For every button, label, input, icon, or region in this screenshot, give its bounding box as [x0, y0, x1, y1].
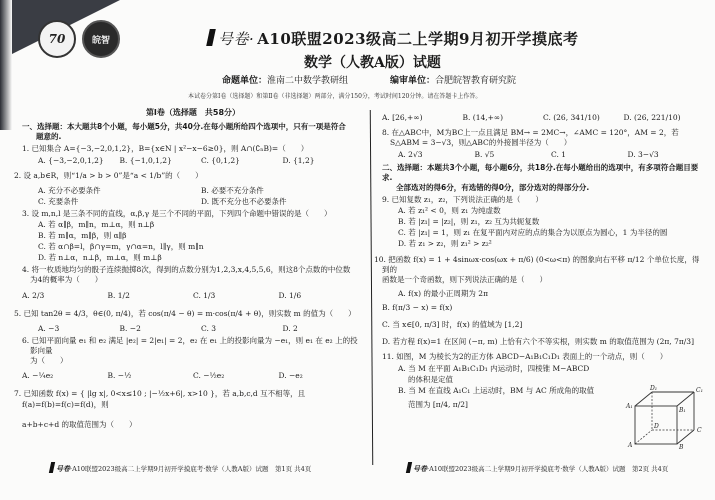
- question-5: 5. 已知 tan2θ = 4/3，θ∈(0, π/4)，若 cos(π/4 −…: [22, 306, 364, 322]
- option: B. 必要不充分条件: [201, 186, 364, 196]
- vertex-label: B: [678, 444, 684, 450]
- option: A. {−3,−2,0,1,2}: [38, 156, 120, 166]
- question-4-options: A. 2/3 B. 1/2 C. 1/3 D. 1/6: [22, 288, 364, 304]
- exam-notice: 本试卷分第Ⅰ卷（选择题）和第Ⅱ卷（非选择题）两部分，满分150分，考试时间120…: [188, 91, 481, 100]
- option: C. −½e₂: [193, 371, 279, 381]
- option: A. 当 M 在平面 A₁B₁C₁D₁ 内运动时，四棱锥 M−ABCD: [382, 364, 607, 374]
- vertex-label: D₁: [649, 385, 657, 392]
- reviewer: 合肥皖智教育研究院: [435, 76, 516, 86]
- reviewer-label: 编审单位：: [390, 76, 435, 86]
- option: D. (26, 221/10): [624, 113, 705, 123]
- right-column: A. [26,+∞) B. (14,+∞) C. (26, 341/10) D.…: [382, 108, 704, 414]
- option: D. 若 z₁ > z₂，则 z₁² > z₂²: [382, 239, 704, 249]
- vertex-label: B₁: [678, 407, 686, 414]
- option: B. 当 M 在直线 A₁C₁ 上运动时，BM 与 AC 所成角的取值: [382, 386, 607, 396]
- question-1-options: A. {−3,−2,0,1,2} B. {−1,0,1,2} C. {0,1,2…: [22, 156, 364, 166]
- part2-heading: 二、选择题：本题共3个小题，每小题6分，共18分.在每小题给出的选项中，有多项符…: [382, 163, 704, 193]
- vertex-label: A: [627, 442, 633, 449]
- brand-mark-icon: [406, 462, 412, 473]
- option: A. 若 z₁² < 0，则 z₁ 为纯虚数: [382, 206, 704, 216]
- option: C. 3: [201, 324, 283, 334]
- option: D. 若 n⊥α，n⊥β，m⊥α，则 m⊥β: [22, 253, 364, 263]
- option: D. 若方程 f(x)=1 在区间 (−π, m) 上恰有六个不等实根，则实数 …: [382, 334, 704, 350]
- option: D. {1,2}: [283, 156, 365, 166]
- question-3: 3. 设 m,n,l 是三条不同的直线，α,β,γ 是三个不同的平面，下列四个命…: [22, 209, 364, 219]
- option: C. 1: [551, 150, 628, 160]
- option: A. 2/3: [22, 291, 108, 301]
- option: B. −½: [108, 371, 194, 381]
- option: A. [26,+∞): [382, 113, 463, 123]
- option: A. 2√3: [398, 150, 475, 160]
- section-title: 第Ⅰ卷（选择题 共58分）: [22, 108, 364, 119]
- option: B. 1/2: [108, 291, 194, 301]
- vertex-label: A₁: [625, 403, 633, 410]
- cube-diagram: D₁ C₁ A₁ B₁ D C A B: [620, 384, 710, 450]
- question-6: 6. 已知平面向量 e₁ 和 e₂ 满足 |e₂| = 2|e₁| = 2，e₂…: [22, 336, 364, 366]
- proposer-label: 命题单位：: [222, 76, 267, 86]
- option: C. 若 α∩β=l，β∩γ=m，γ∩α=n，l∥γ，则 m∥n: [22, 242, 364, 252]
- question-2-options: A. 充分不必要条件 B. 必要不充分条件 C. 充要条件 D. 既不充分也不必…: [22, 186, 364, 206]
- option: A. 充分不必要条件: [38, 186, 201, 196]
- option: B. {−1,0,1,2}: [120, 156, 202, 166]
- option: A. −¼e₂: [22, 371, 108, 381]
- exam-page: 70 皖智 号卷·A10联盟2023级高二上学期9月初开学摸底考 数学（人教A版…: [0, 0, 715, 500]
- footer-page-1: 号卷·A10联盟2023级高二上学期9月初开学摸底考·数学（人教A版）试题 第1…: [50, 462, 311, 474]
- scan-edge-shadow: [0, 0, 12, 130]
- footer-page-2: 号卷·A10联盟2023级高二上学期9月初开学摸底考·数学（人教A版）试题 第2…: [407, 462, 668, 474]
- option: D. −e₂: [279, 371, 365, 381]
- vertex-label: C₁: [696, 387, 703, 394]
- exam-subtitle: 数学（人教A版）试题: [304, 52, 441, 72]
- option: C. (26, 341/10): [543, 113, 624, 123]
- title-text: A10联盟2023级高二上学期9月初开学摸底考: [257, 30, 578, 48]
- option: D. 2: [283, 324, 365, 334]
- option: A. −3: [38, 324, 120, 334]
- question-7: 7. 已知函数 f(x) = { |lg x|, 0<x≤10 ; |−½x+6…: [22, 386, 364, 433]
- brand-mark-icon: [206, 29, 216, 46]
- option: C. 1/3: [193, 291, 279, 301]
- brand-mark-icon: [49, 462, 55, 473]
- option: B. √5: [475, 150, 552, 160]
- option: C. 当 x∈[0, π/3] 时，f(x) 的值域为 [1,2]: [382, 317, 704, 333]
- vertex-label: C: [697, 427, 702, 434]
- option: A. 若 α∥β，m∥n，m⊥α，则 n⊥β: [22, 220, 364, 230]
- authoring-units: 命题单位：淮南二中数学教研组编审单位：合肥皖智教育研究院: [222, 73, 516, 86]
- proposer: 淮南二中数学教研组: [267, 76, 348, 86]
- left-column: 第Ⅰ卷（选择题 共58分） 一、选择题：本大题共8个小题，每小题5分，共40分.…: [22, 108, 364, 434]
- question-4: 4. 将一枚质地均匀的骰子连续抛掷8次，得到的点数分别为1,2,3,x,4,5,…: [22, 265, 364, 285]
- option: D. 3−√3: [628, 150, 705, 160]
- option: D. 1/6: [279, 291, 365, 301]
- option: B. 若 m∥α，m∥β，则 α∥β: [22, 231, 364, 241]
- option: B. (14,+∞): [463, 113, 544, 123]
- question-9: 9. 已知复数 z₁，z₂，下列说法正确的是（ ）: [382, 195, 704, 205]
- option: B. 若 |z₁| = |z₂|，则 z₁，z₂ 互为共轭复数: [382, 217, 704, 227]
- question-6-options: A. −¼e₂ B. −½ C. −½e₂ D. −e₂: [22, 368, 364, 384]
- question-7-options: A. [26,+∞) B. (14,+∞) C. (26, 341/10) D.…: [382, 110, 704, 126]
- option: B. f(π/3 − x) = f(x): [382, 300, 704, 316]
- option: B. −2: [120, 324, 202, 334]
- question-10: 10. 把函数 f(x) = 1 + 4sinωx·cos(ωx + π/6) …: [382, 252, 704, 288]
- brand-name: 号卷·: [218, 30, 254, 48]
- vertex-label: D: [653, 423, 659, 430]
- question-1: 1. 已知集合 A={−3,−2,0,1,2}，B={x∈N | x²−x−6≥…: [22, 144, 364, 154]
- wanzhi-education-logo-icon: 皖智: [82, 20, 120, 58]
- school-logo-icon: 70: [38, 20, 76, 58]
- question-8-options: A. 2√3 B. √5 C. 1 D. 3−√3: [382, 150, 704, 160]
- part1-heading: 一、选择题：本大题共8个小题，每小题5分，共40分.在每小题所给四个选项中，只有…: [22, 122, 364, 142]
- option: C. {0,1,2}: [201, 156, 283, 166]
- logo-group: 70 皖智: [38, 20, 120, 58]
- column-divider: [370, 110, 373, 465]
- question-8: 8. 在△ABC中，M为BC上一点且满足 BM→ = 2MC→，∠AMC = 1…: [382, 128, 704, 148]
- option: D. 既不充分也不必要条件: [201, 197, 364, 207]
- question-5-options: A. −3 B. −2 C. 3 D. 2: [22, 324, 364, 334]
- option: C. 若 |z₁| = 1，则 z₁ 在复平面内对应的点的集合为以原点为圆心，1…: [382, 228, 704, 238]
- option: C. 充要条件: [38, 197, 201, 207]
- exam-title: 号卷·A10联盟2023级高二上学期9月初开学摸底考: [208, 28, 578, 49]
- option: A. f(x) 的最小正周期为 2π: [382, 289, 704, 299]
- question-2: 2. 设 a,b∈R，则“1/a > b > 0”是“a < 1/b”的（ ）: [22, 168, 364, 184]
- question-11: 11. 如图，M 为棱长为2的正方体 ABCD−A₁B₁C₁D₁ 表面上的一个动…: [382, 352, 704, 362]
